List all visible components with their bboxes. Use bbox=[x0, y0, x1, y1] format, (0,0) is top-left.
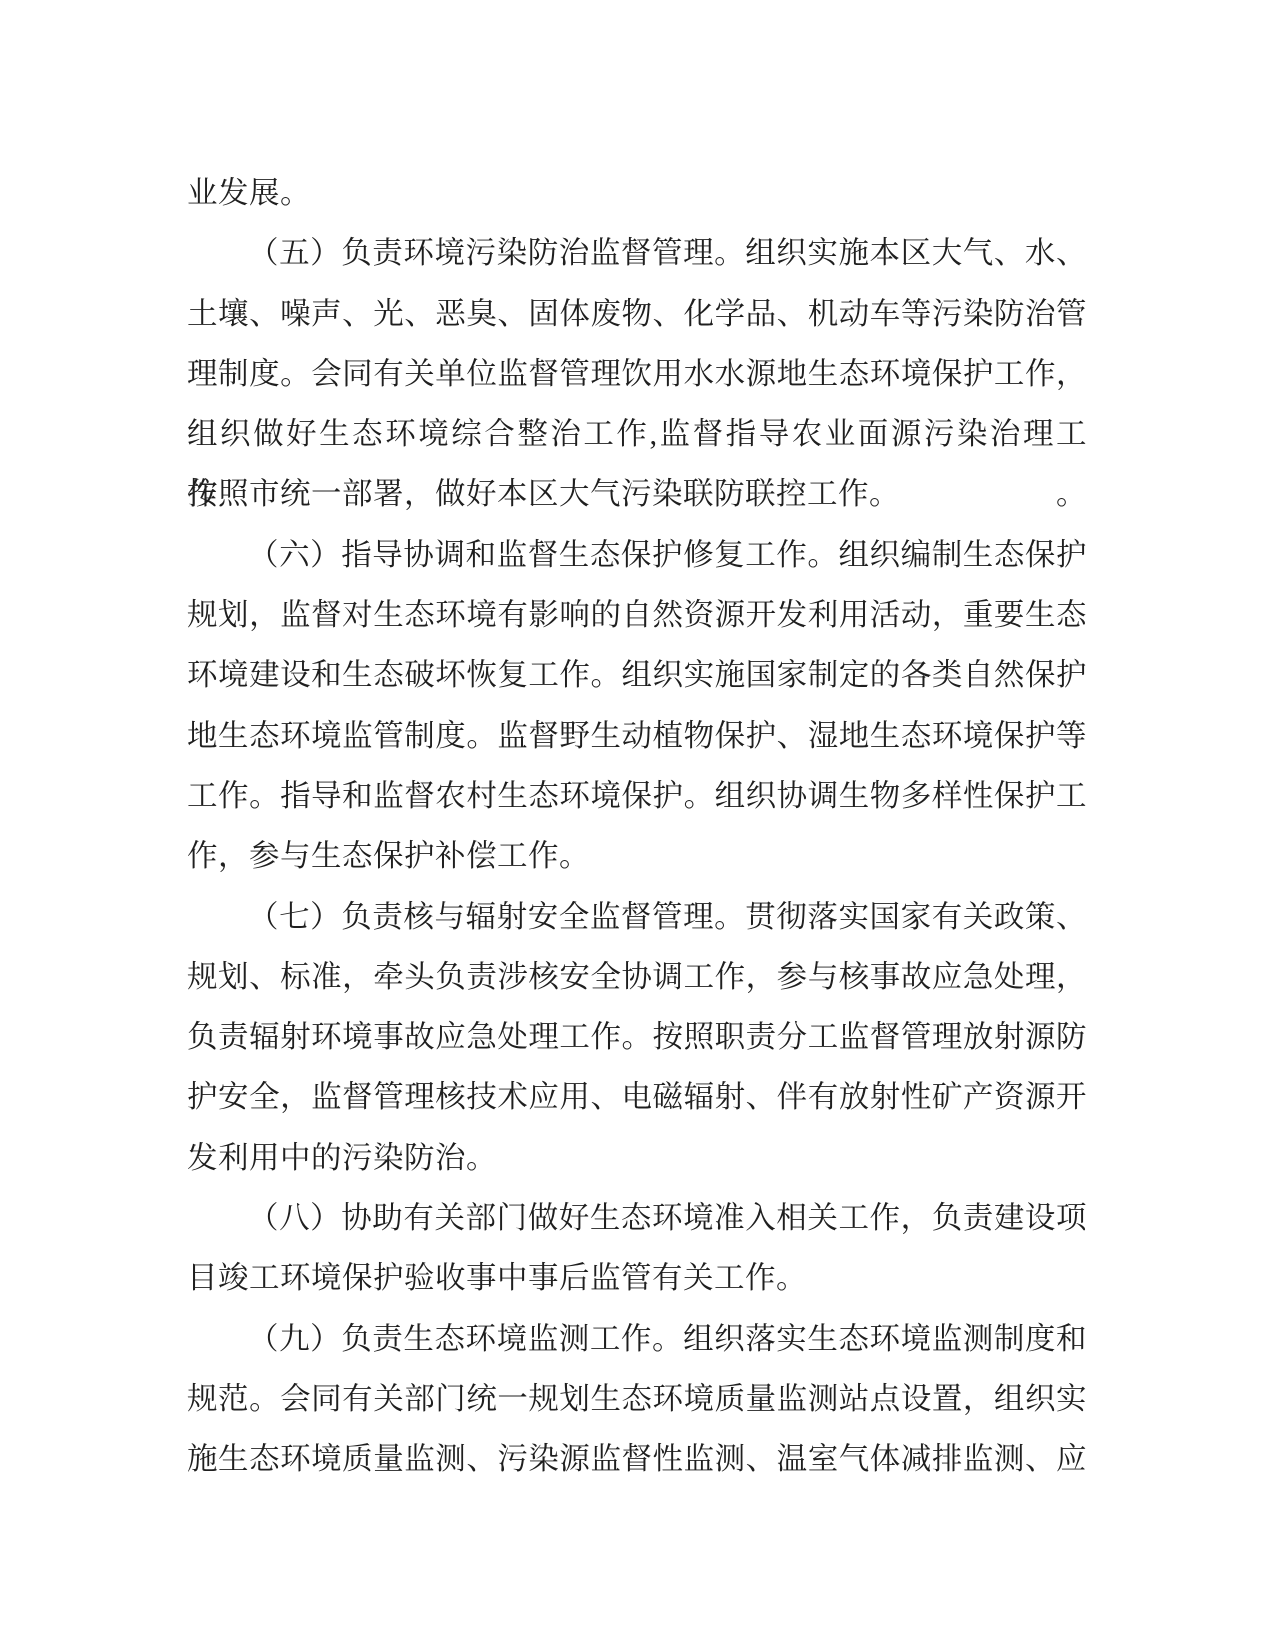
text-line: 工作。指导和监督农村生态环境保护。组织协调生物多样性保护工 bbox=[187, 766, 1087, 826]
text-line: 规范。会同有关部门统一规划生态环境质量监测站点设置，组织实 bbox=[187, 1369, 1087, 1429]
text-line: 业发展。 bbox=[187, 163, 1087, 223]
text-line: 环境建设和生态破坏恢复工作。组织实施国家制定的各类自然保护 bbox=[187, 645, 1087, 705]
text-line: （八）协助有关部门做好生态环境准入相关工作，负责建设项 bbox=[187, 1188, 1087, 1248]
text-line: 目竣工环境保护验收事中事后监管有关工作。 bbox=[187, 1248, 1087, 1308]
paragraph-item-5: （五）负责环境污染防治监督管理。组织实施本区大气、水、土壤、噪声、光、恶臭、固体… bbox=[187, 223, 1087, 524]
text-line: 规划，监督对生态环境有影响的自然资源开发利用活动，重要生态 bbox=[187, 585, 1087, 645]
text-line: 负责辐射环境事故应急处理工作。按照职责分工监督管理放射源防 bbox=[187, 1007, 1087, 1067]
text-line: 作，参与生态保护补偿工作。 bbox=[187, 826, 1087, 886]
text-line: 组织做好生态环境综合整治工作,监督指导农业面源污染治理工作。 bbox=[187, 404, 1087, 464]
text-line: （六）指导协调和监督生态保护修复工作。组织编制生态保护 bbox=[187, 525, 1087, 585]
text-line: （七）负责核与辐射安全监督管理。贯彻落实国家有关政策、 bbox=[187, 887, 1087, 947]
text-block: 业发展。（五）负责环境污染防治监督管理。组织实施本区大气、水、土壤、噪声、光、恶… bbox=[187, 163, 1087, 1490]
paragraph-item-6: （六）指导协调和监督生态保护修复工作。组织编制生态保护规划，监督对生态环境有影响… bbox=[187, 525, 1087, 887]
text-line: 规划、标准，牵头负责涉核安全协调工作，参与核事故应急处理， bbox=[187, 947, 1087, 1007]
paragraph-item-8: （八）协助有关部门做好生态环境准入相关工作，负责建设项目竣工环境保护验收事中事后… bbox=[187, 1188, 1087, 1309]
document-page: 业发展。（五）负责环境污染防治监督管理。组织实施本区大气、水、土壤、噪声、光、恶… bbox=[0, 0, 1275, 1651]
text-line: 发利用中的污染防治。 bbox=[187, 1128, 1087, 1188]
text-line: （九）负责生态环境监测工作。组织落实生态环境监测制度和 bbox=[187, 1309, 1087, 1369]
text-line: 护安全，监督管理核技术应用、电磁辐射、伴有放射性矿产资源开 bbox=[187, 1067, 1087, 1127]
text-line: 地生态环境监管制度。监督野生动植物保护、湿地生态环境保护等 bbox=[187, 706, 1087, 766]
text-line: 理制度。会同有关单位监督管理饮用水水源地生态环境保护工作， bbox=[187, 344, 1087, 404]
paragraph-continuation-top: 业发展。 bbox=[187, 163, 1087, 223]
paragraph-item-9: （九）负责生态环境监测工作。组织落实生态环境监测制度和规范。会同有关部门统一规划… bbox=[187, 1309, 1087, 1490]
text-line: （五）负责环境污染防治监督管理。组织实施本区大气、水、 bbox=[187, 223, 1087, 283]
text-line: 土壤、噪声、光、恶臭、固体废物、化学品、机动车等污染防治管 bbox=[187, 284, 1087, 344]
text-line: 施生态环境质量监测、污染源监督性监测、温室气体减排监测、应 bbox=[187, 1429, 1087, 1489]
paragraph-item-7: （七）负责核与辐射安全监督管理。贯彻落实国家有关政策、规划、标准，牵头负责涉核安… bbox=[187, 887, 1087, 1188]
